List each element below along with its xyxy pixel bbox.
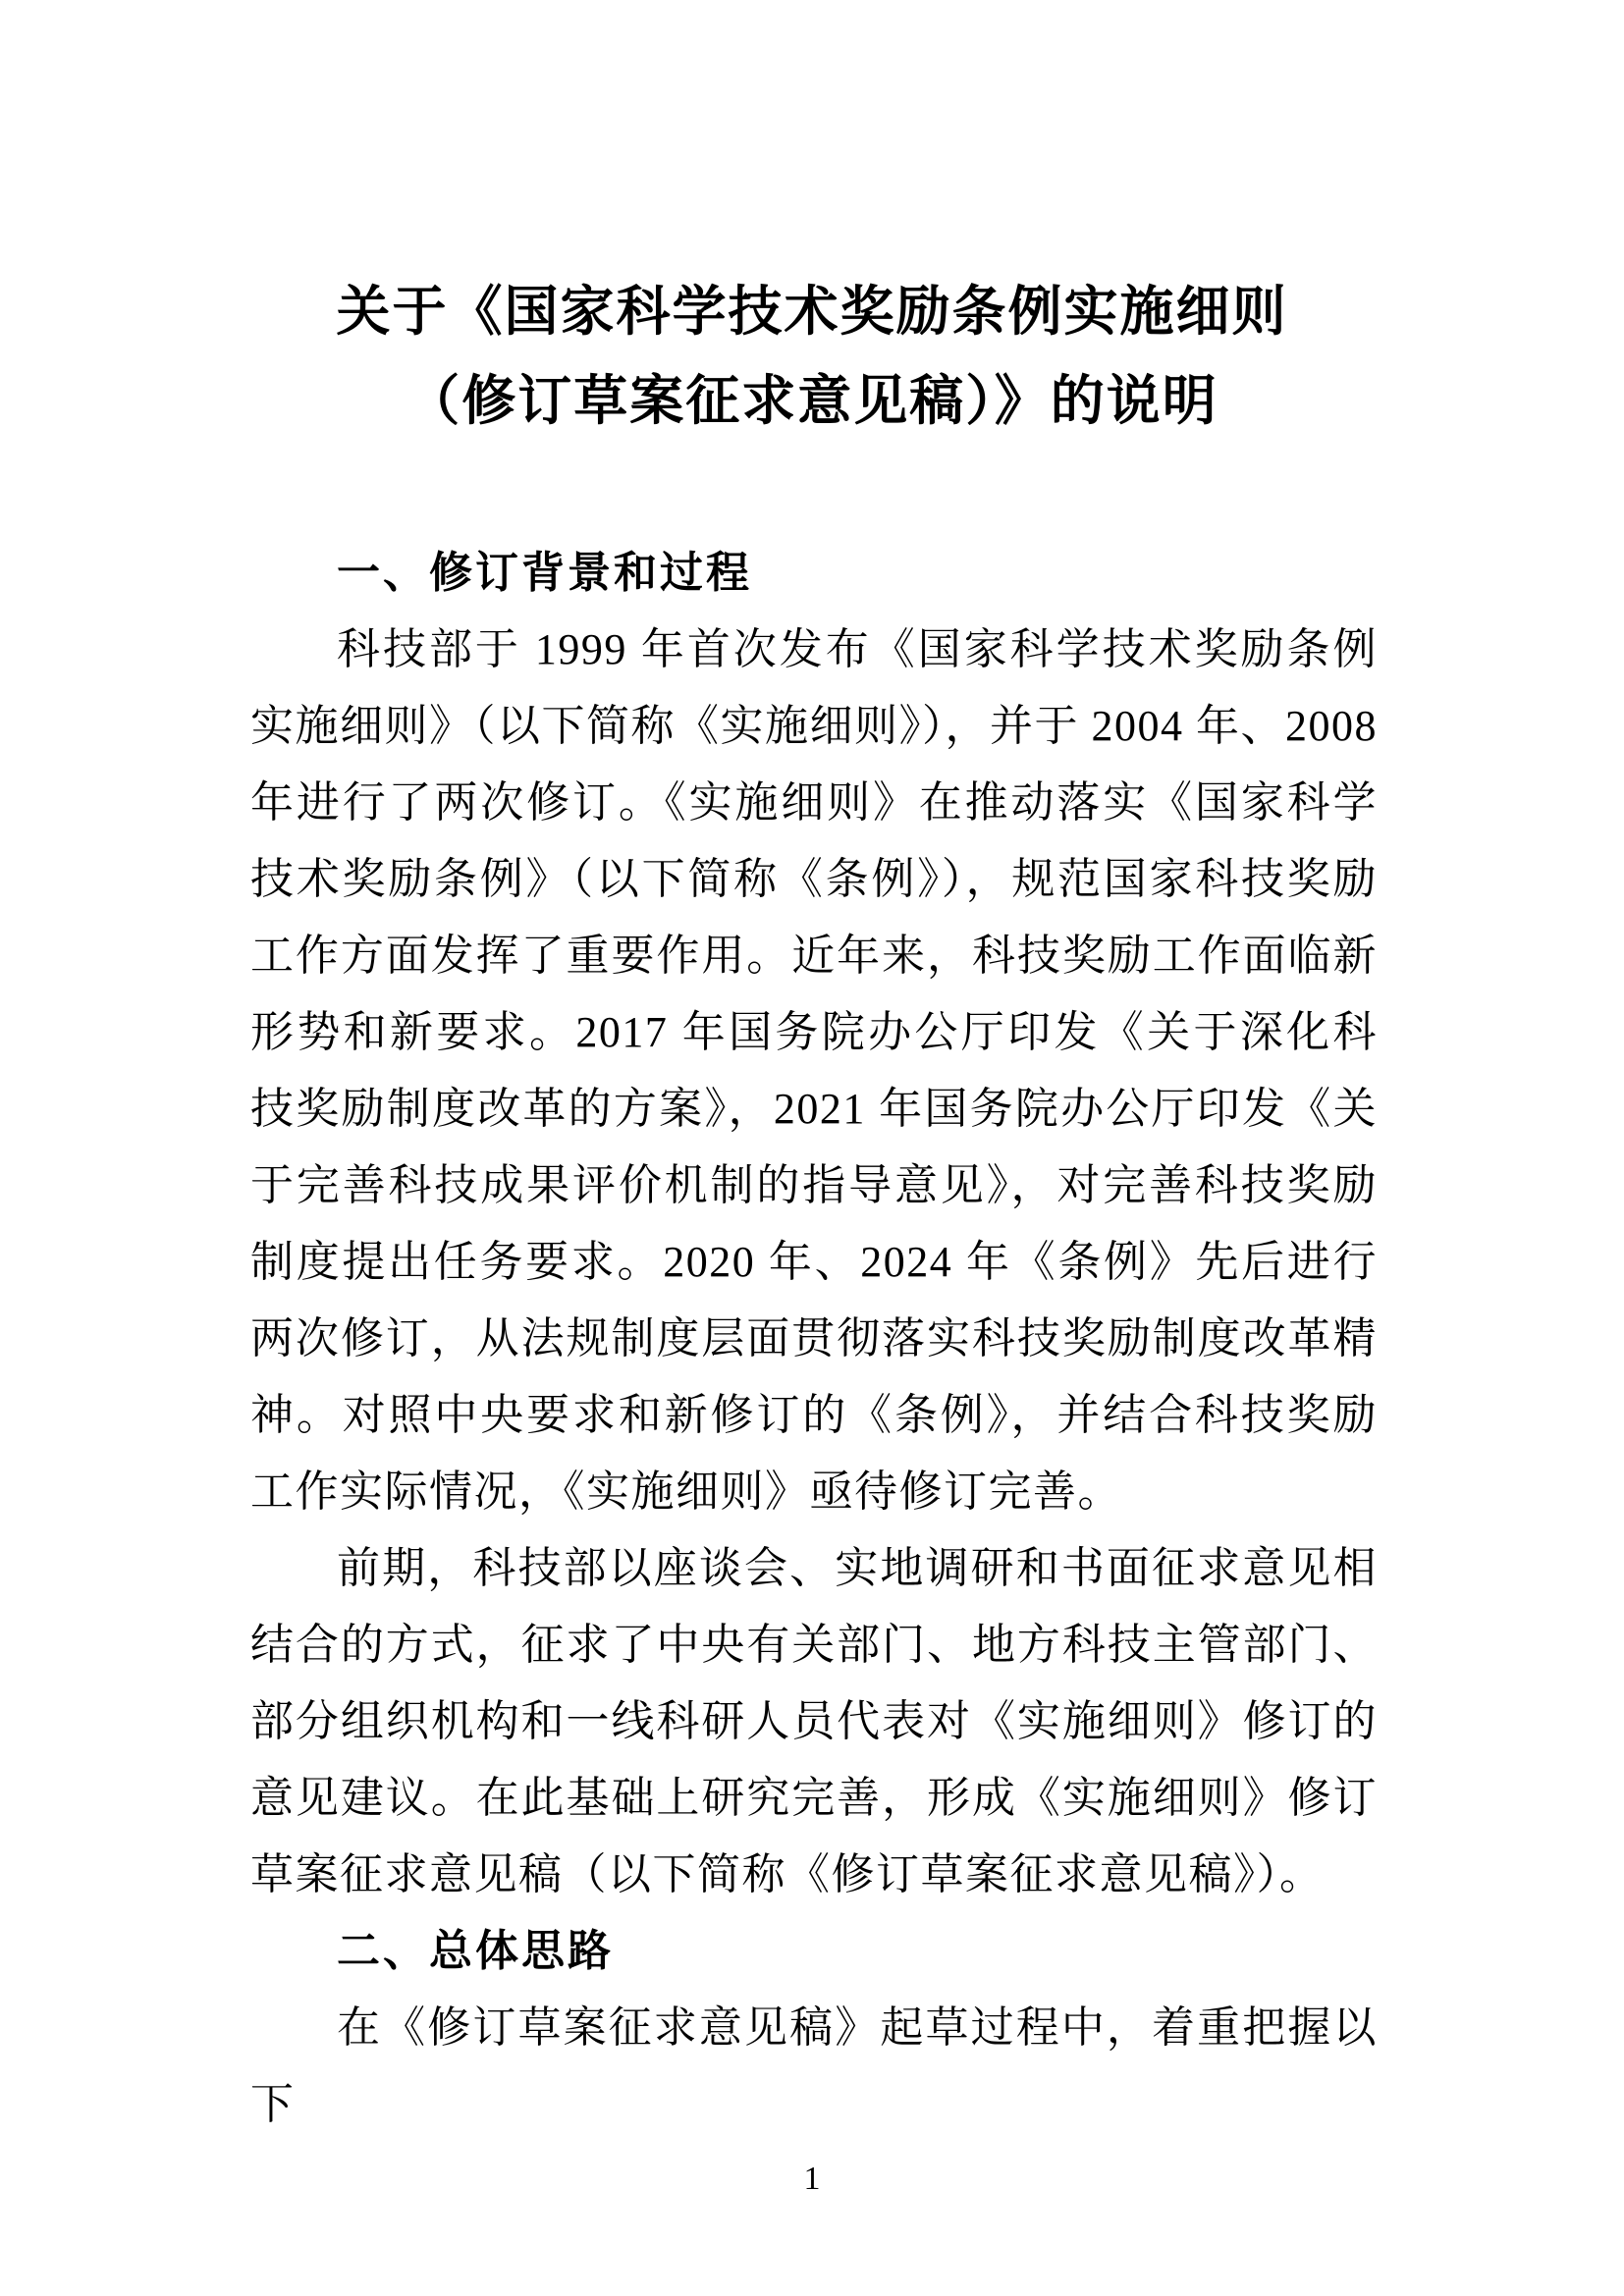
- document-title: 关于《国家科学技术奖励条例实施细则 （修订草案征求意见稿）》的说明: [0, 267, 1624, 446]
- section-heading-overall-approach: 二、总体思路: [250, 1913, 1378, 1990]
- body-paragraph: 科技部于 1999 年首次发布《国家科学技术奖励条例实施细则》（以下简称《实施细…: [250, 612, 1378, 1530]
- body-paragraph: 前期，科技部以座谈会、实地调研和书面征求意见相结合的方式，征求了中央有关部门、地…: [250, 1530, 1378, 1913]
- body-paragraph: 在《修订草案征求意见稿》起草过程中，着重把握以下: [250, 1990, 1378, 2143]
- document-body: 一、修订背景和过程 科技部于 1999 年首次发布《国家科学技术奖励条例实施细则…: [250, 535, 1378, 2143]
- page-number: 1: [0, 2158, 1624, 2201]
- document-page: 关于《国家科学技术奖励条例实施细则 （修订草案征求意见稿）》的说明 一、修订背景…: [0, 0, 1624, 2296]
- section-heading-revision-background: 一、修订背景和过程: [250, 535, 1378, 612]
- title-line-1: 关于《国家科学技术奖励条例实施细则: [0, 267, 1624, 356]
- title-line-2: （修订草案征求意见稿）》的说明: [0, 356, 1624, 446]
